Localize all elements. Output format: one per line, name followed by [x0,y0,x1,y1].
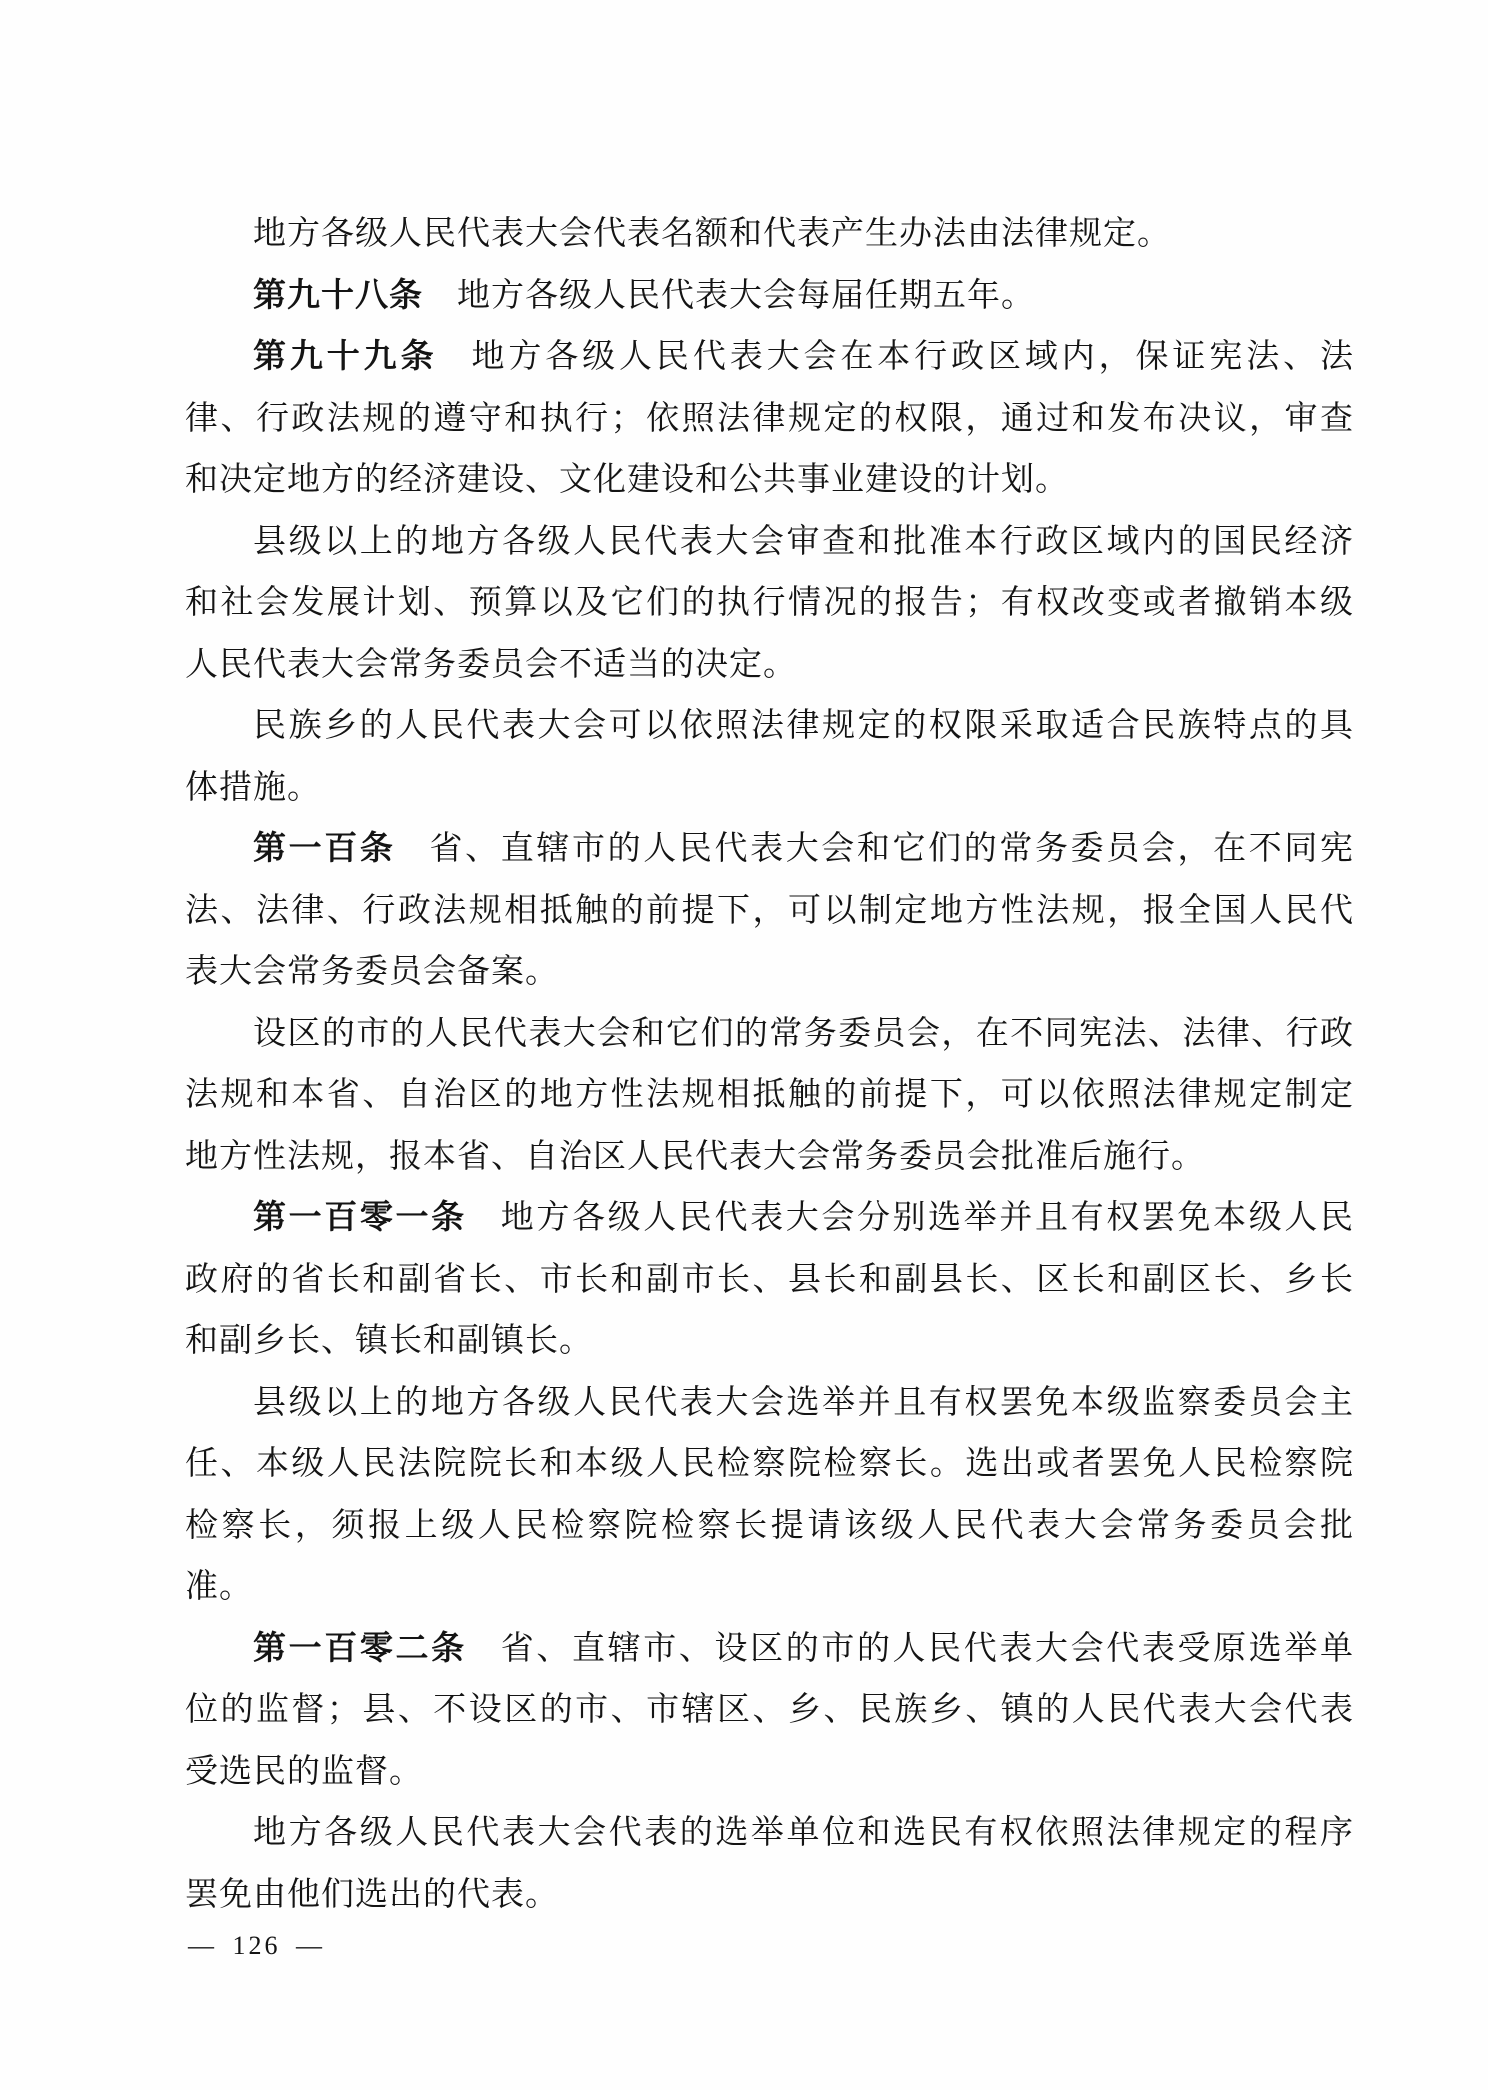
line-text: 民族乡的人民代表大会可以依照法律规定的权限采取适合民族特点的具 [253,708,1354,744]
line-text: 检察长，须报上级人民检察院检察长提请该级人民代表大会常务委员会批 [185,1508,1354,1544]
text-line: 表大会常务委员会备案。 [185,942,1354,1004]
article-number: 第一百条 [253,831,395,867]
line-text: 县级以上的地方各级人民代表大会审查和批准本行政区域内的国民经济 [253,524,1354,560]
text-line: 体措施。 [185,758,1354,820]
article-number: 第一百零一条 [253,1200,467,1236]
line-text: 位的监督；县、不设区的市、市辖区、乡、民族乡、镇的人民代表大会代表 [185,1692,1354,1728]
line-text: 设区的市的人民代表大会和它们的常务委员会，在不同宪法、法律、行政 [253,1016,1354,1052]
line-text: 准。 [185,1569,253,1605]
text-line: 任、本级人民法院院长和本级人民检察院检察长。选出或者罢免人民检察院 [185,1434,1354,1496]
text-line: 第九十九条地方各级人民代表大会在本行政区域内，保证宪法、法 [185,327,1354,389]
article-number: 第九十九条 [253,339,437,375]
line-text: 法规和本省、自治区的地方性法规相抵触的前提下，可以依照法律规定制定 [185,1077,1354,1113]
text-line: 政府的省长和副省长、市长和副市长、县长和副县长、区长和副区长、乡长 [185,1250,1354,1312]
text-line: 法规和本省、自治区的地方性法规相抵触的前提下，可以依照法律规定制定 [185,1065,1354,1127]
line-text: 表大会常务委员会备案。 [185,954,559,990]
text-line: 准。 [185,1557,1354,1619]
line-text: 人民代表大会常务委员会不适当的决定。 [185,647,797,683]
line-text: 地方各级人民代表大会代表的选举单位和选民有权依照法律规定的程序 [253,1815,1354,1851]
text-line: 民族乡的人民代表大会可以依照法律规定的权限采取适合民族特点的具 [185,696,1354,758]
line-text: 地方各级人民代表大会在本行政区域内，保证宪法、法 [471,339,1354,375]
line-text: 地方各级人民代表大会分别选举并且有权罢免本级人民 [501,1200,1354,1236]
text-line: 和副乡长、镇长和副镇长。 [185,1311,1354,1373]
text-line: 第一百零二条省、直辖市、设区的市的人民代表大会代表受原选举单 [185,1619,1354,1681]
text-line: 罢免由他们选出的代表。 [185,1865,1354,1927]
text-line: 第一百条省、直辖市的人民代表大会和它们的常务委员会，在不同宪 [185,819,1354,881]
text-line: 地方各级人民代表大会代表名额和代表产生办法由法律规定。 [185,204,1354,266]
text-line: 检察长，须报上级人民检察院检察长提请该级人民代表大会常务委员会批 [185,1496,1354,1558]
text-line: 法、法律、行政法规相抵触的前提下，可以制定地方性法规，报全国人民代 [185,881,1354,943]
line-text: 任、本级人民法院院长和本级人民检察院检察长。选出或者罢免人民检察院 [185,1446,1354,1482]
line-text: 政府的省长和副省长、市长和副市长、县长和副县长、区长和副区长、乡长 [185,1262,1354,1298]
text-block: 地方各级人民代表大会代表名额和代表产生办法由法律规定。 第九十八条地方各级人民代… [185,204,1354,1926]
line-text: 地方各级人民代表大会每届任期五年。 [457,278,1035,314]
line-text: 省、直辖市、设区的市的人民代表大会代表受原选举单 [501,1631,1354,1667]
text-line: 县级以上的地方各级人民代表大会审查和批准本行政区域内的国民经济 [185,512,1354,574]
text-line: 位的监督；县、不设区的市、市辖区、乡、民族乡、镇的人民代表大会代表 [185,1680,1354,1742]
line-text: 和副乡长、镇长和副镇长。 [185,1323,593,1359]
text-line: 县级以上的地方各级人民代表大会选举并且有权罢免本级监察委员会主 [185,1373,1354,1435]
line-text: 罢免由他们选出的代表。 [185,1877,559,1913]
text-line: 和社会发展计划、预算以及它们的执行情况的报告；有权改变或者撤销本级 [185,573,1354,635]
line-text: 省、直辖市的人民代表大会和它们的常务委员会，在不同宪 [429,831,1354,867]
line-text: 受选民的监督。 [185,1754,423,1790]
line-text: 和社会发展计划、预算以及它们的执行情况的报告；有权改变或者撤销本级 [185,585,1354,621]
page-number: — 126 — [188,1933,325,1959]
text-line: 地方各级人民代表大会代表的选举单位和选民有权依照法律规定的程序 [185,1803,1354,1865]
line-text: 地方性法规，报本省、自治区人民代表大会常务委员会批准后施行。 [185,1139,1205,1175]
line-text: 地方各级人民代表大会代表名额和代表产生办法由法律规定。 [253,216,1171,252]
article-number: 第一百零二条 [253,1631,467,1667]
article-number: 第九十八条 [253,278,423,314]
text-line: 和决定地方的经济建设、文化建设和公共事业建设的计划。 [185,450,1354,512]
text-line: 地方性法规，报本省、自治区人民代表大会常务委员会批准后施行。 [185,1127,1354,1189]
line-text: 县级以上的地方各级人民代表大会选举并且有权罢免本级监察委员会主 [253,1385,1354,1421]
text-line: 第九十八条地方各级人民代表大会每届任期五年。 [185,266,1354,328]
text-line: 第一百零一条地方各级人民代表大会分别选举并且有权罢免本级人民 [185,1188,1354,1250]
line-text: 体措施。 [185,770,321,806]
line-text: 法、法律、行政法规相抵触的前提下，可以制定地方性法规，报全国人民代 [185,893,1354,929]
line-text: 和决定地方的经济建设、文化建设和公共事业建设的计划。 [185,462,1069,498]
text-line: 设区的市的人民代表大会和它们的常务委员会，在不同宪法、法律、行政 [185,1004,1354,1066]
line-text: 律、行政法规的遵守和执行；依照法律规定的权限，通过和发布决议，审查 [185,401,1354,437]
text-line: 人民代表大会常务委员会不适当的决定。 [185,635,1354,697]
document-page: 地方各级人民代表大会代表名额和代表产生办法由法律规定。 第九十八条地方各级人民代… [0,0,1488,2090]
text-line: 律、行政法规的遵守和执行；依照法律规定的权限，通过和发布决议，审查 [185,389,1354,451]
text-line: 受选民的监督。 [185,1742,1354,1804]
